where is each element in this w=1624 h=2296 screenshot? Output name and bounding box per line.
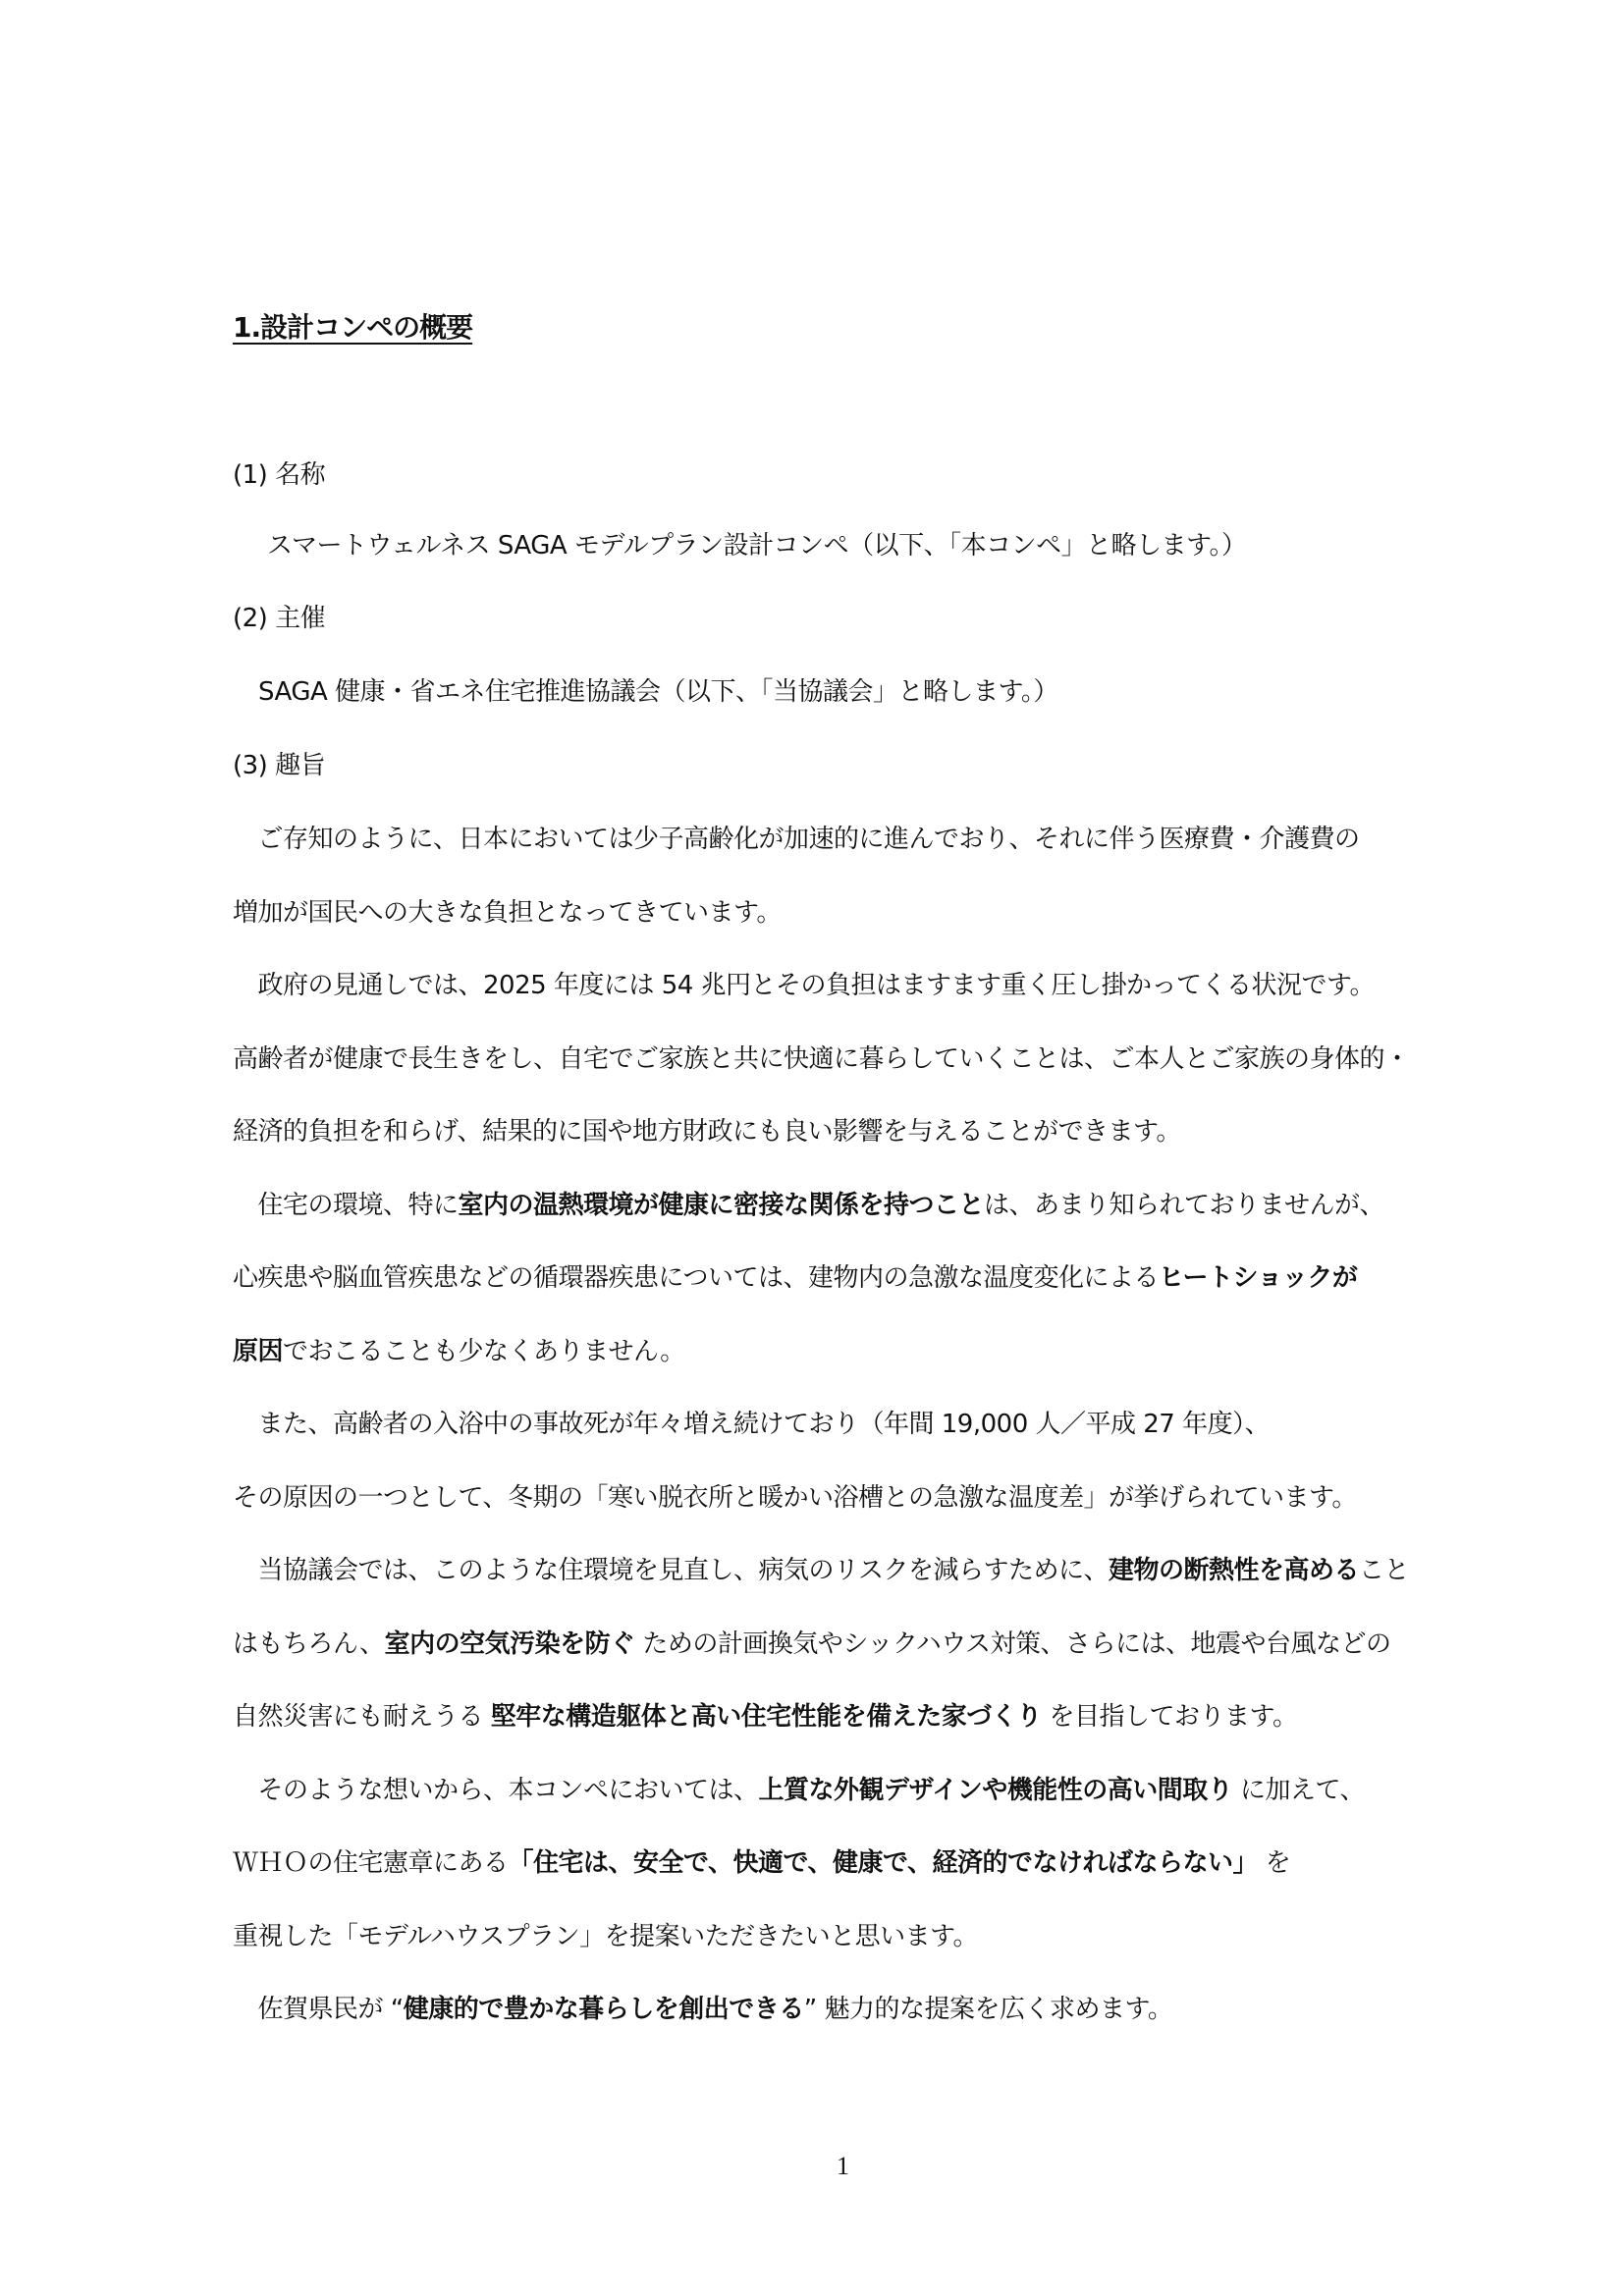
body-text: 佐賀県民が “: [233, 1995, 404, 2024]
body-text: 住宅の環境、特に: [233, 1191, 459, 1220]
emphasis-text: 建物の断熱性を高める: [1109, 1556, 1359, 1585]
body-text: ための計画換気やシックハウス対策、さらには、地震や台風などの: [635, 1629, 1391, 1659]
body-text: を目指しております。: [1042, 1702, 1298, 1732]
body-text: ご存知のように、日本においては少子高齢化が加速的に進んでおり、それに伴う医療費・…: [233, 825, 1360, 854]
body-text: でおこることも少なくありません。: [283, 1337, 685, 1366]
purpose-line: 経済的負担を和らげ、結果的に国や地方財政にも良い影響を与えることができます。: [233, 1114, 1181, 1149]
item-label-organizer: (2) 主催: [233, 601, 325, 636]
emphasis-text: ヒートショックが: [1159, 1263, 1357, 1293]
purpose-line: 政府の見通しでは、2025 年度には 54 兆円とその負担はますます重く圧し掛か…: [233, 968, 1375, 1003]
purpose-line: 重視した「モデルハウスプラン」を提案いただきたいと思います。: [233, 1919, 978, 1954]
body-text: は、あまり知られておりませんが、: [984, 1191, 1384, 1220]
body-text: ” 魅力的な提案を広く求めます。: [804, 1995, 1173, 2024]
body-text: また、高齢者の入浴中の事故死が年々増え続けており（年間 19,000 人／平成 …: [233, 1410, 1270, 1439]
body-text: 当協議会では、このような住環境を見直し、病気のリスクを減らすために、: [233, 1556, 1109, 1585]
emphasis-text: 上質な外観デザインや機能性の高い間取り: [759, 1776, 1233, 1805]
body-text: 心疾患や脳血管疾患などの循環器疾患については、建物内の急激な温度変化による: [233, 1263, 1159, 1293]
purpose-line: 高齢者が健康で長生きをし、自宅でご家族と共に快適に暮らしていくことは、ご本人とご…: [233, 1041, 1410, 1077]
purpose-line: 原因でおこることも少なくありません。: [233, 1334, 685, 1369]
purpose-line: 増加が国民への大きな負担となってきています。: [233, 895, 782, 931]
purpose-line: ＷＨＯの住宅憲章にある「住宅は、安全で、快適で、健康で、経済的でなければならない…: [233, 1845, 1290, 1881]
purpose-line: 住宅の環境、特に室内の温熱環境が健康に密接な関係を持つことは、あまり知られており…: [233, 1188, 1384, 1223]
body-text: 増加が国民への大きな負担となってきています。: [233, 898, 782, 928]
body-text: 自然災害にも耐えうる: [233, 1702, 491, 1732]
item-content-name: スマートウェルネス SAGA モデルプラン設計コンペ（以下、「本コンペ」と略しま…: [267, 528, 1247, 563]
emphasis-text: 室内の温熱環境が健康に密接な関係を持つこと: [459, 1191, 985, 1220]
body-text: はもちろん、: [233, 1629, 385, 1659]
emphasis-text: 「住宅は、安全で、快適で、健康で、経済的でなければならない」: [509, 1848, 1258, 1878]
purpose-line: また、高齢者の入浴中の事故死が年々増え続けており（年間 19,000 人／平成 …: [233, 1407, 1270, 1442]
body-text: を: [1258, 1848, 1290, 1878]
emphasis-text: 原因: [233, 1337, 283, 1366]
section-title: 1.設計コンペの概要: [233, 306, 472, 346]
body-text: 経済的負担を和らげ、結果的に国や地方財政にも良い影響を与えることができます。: [233, 1117, 1181, 1147]
body-text: に加えて、: [1232, 1776, 1365, 1805]
body-text: こと: [1359, 1556, 1409, 1585]
body-text: 政府の見通しでは、2025 年度には 54 兆円とその負担はますます重く圧し掛か…: [233, 971, 1375, 1000]
purpose-line: 当協議会では、このような住環境を見直し、病気のリスクを減らすために、建物の断熱性…: [233, 1553, 1409, 1588]
body-text: 高齢者が健康で長生きをし、自宅でご家族と共に快適に暮らしていくことは、ご本人とご…: [233, 1044, 1410, 1074]
emphasis-text: 室内の空気汚染を防ぐ: [385, 1629, 635, 1659]
purpose-line: 心疾患や脳血管疾患などの循環器疾患については、建物内の急激な温度変化によるヒート…: [233, 1260, 1357, 1296]
purpose-line: はもちろん、室内の空気汚染を防ぐ ための計画換気やシックハウス対策、さらには、地…: [233, 1627, 1390, 1662]
body-text: 重視した「モデルハウスプラン」を提案いただきたいと思います。: [233, 1922, 978, 1951]
purpose-line: ご存知のように、日本においては少子高齢化が加速的に進んでおり、それに伴う医療費・…: [233, 822, 1360, 857]
body-text: ＷＨＯの住宅憲章にある: [233, 1848, 509, 1878]
purpose-line: 自然災害にも耐えうる 堅牢な構造躯体と高い住宅性能を備えた家づくり を目指してお…: [233, 1699, 1297, 1735]
emphasis-text: 堅牢な構造躯体と高い住宅性能を備えた家づくり: [491, 1702, 1042, 1732]
emphasis-text: 健康的で豊かな暮らしを創出できる: [404, 1995, 804, 2024]
purpose-line: そのような想いから、本コンペにおいては、上質な外観デザインや機能性の高い間取り …: [233, 1773, 1365, 1808]
page-number: 1: [837, 2152, 849, 2181]
item-label-name: (1) 名称: [233, 457, 325, 493]
purpose-line: 佐賀県民が “健康的で豊かな暮らしを創出できる” 魅力的な提案を広く求めます。: [233, 1992, 1172, 2027]
body-text: そのような想いから、本コンペにおいては、: [233, 1776, 759, 1805]
item-label-purpose: (3) 趣旨: [233, 748, 325, 783]
body-text: その原因の一つとして、冬期の「寒い脱衣所と暖かい浴槽との急激な温度差」が挙げられ…: [233, 1483, 1357, 1513]
item-content-organizer: SAGA 健康・省エネ住宅推進協議会（以下、「当協議会」と略します。）: [258, 674, 1058, 710]
purpose-line: その原因の一つとして、冬期の「寒い脱衣所と暖かい浴槽との急激な温度差」が挙げられ…: [233, 1480, 1357, 1516]
